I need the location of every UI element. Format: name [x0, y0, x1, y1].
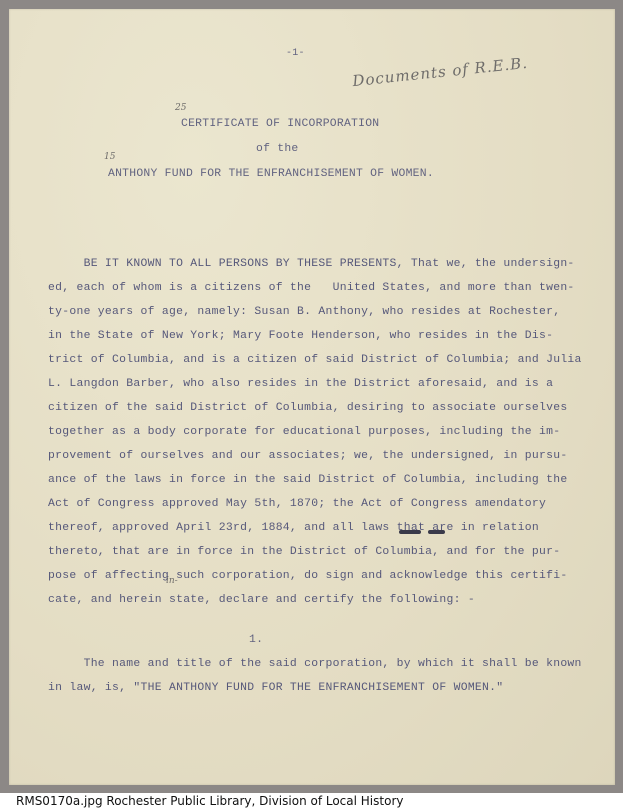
handwritten-insertion: in- [166, 576, 178, 586]
section-number: 1. [249, 634, 263, 646]
strikethrough-mark [428, 530, 445, 534]
body-line: provement of ourselves and our associate… [48, 450, 567, 462]
section-line: in law, is, "THE ANTHONY FUND FOR THE EN… [48, 682, 503, 694]
body-line: thereof, approved April 23rd, 1884, and … [48, 522, 539, 534]
body-line: thereto, that are in force in the Distri… [48, 546, 560, 558]
body-line: L. Langdon Barber, who also resides in t… [48, 378, 553, 390]
handwritten-mark-25: 25 [175, 103, 186, 113]
document-title: CERTIFICATE OF INCORPORATION [181, 118, 379, 130]
body-line: Act of Congress approved May 5th, 1870; … [48, 498, 546, 510]
body-line: cate, and herein state, declare and cert… [48, 594, 475, 606]
organization-name: ANTHONY FUND FOR THE ENFRANCHISEMENT OF … [108, 168, 434, 180]
body-line: ed, each of whom is a citizens of the Un… [48, 282, 575, 294]
body-line: BE IT KNOWN TO ALL PERSONS BY THESE PRES… [48, 258, 575, 270]
section-line: The name and title of the said corporati… [48, 658, 582, 670]
body-line: pose of affecting such corporation, do s… [48, 570, 567, 582]
body-line: ty-one years of age, namely: Susan B. An… [48, 306, 560, 318]
body-line: in the State of New York; Mary Foote Hen… [48, 330, 553, 342]
image-caption: RMS0170a.jpg Rochester Public Library, D… [16, 793, 403, 809]
body-line: together as a body corporate for educati… [48, 426, 560, 438]
document-subtitle-of-the: of the [256, 143, 299, 155]
strikethrough-mark [399, 530, 421, 534]
body-line: trict of Columbia, and is a citizen of s… [48, 354, 582, 366]
body-line: ance of the laws in force in the said Di… [48, 474, 567, 486]
body-line: citizen of the said District of Columbia… [48, 402, 567, 414]
handwritten-mark-15: 15 [104, 152, 115, 162]
page-number: -1- [286, 48, 305, 59]
